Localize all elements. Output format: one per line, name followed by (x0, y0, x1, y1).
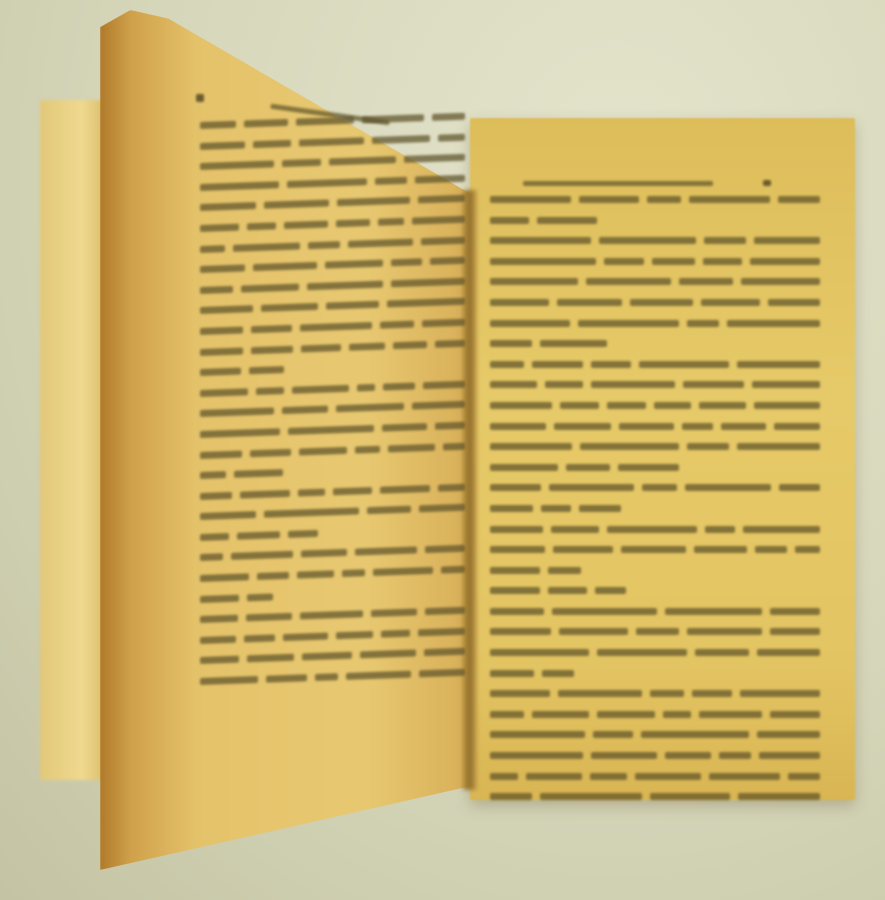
text-line (200, 257, 465, 273)
illegible-word (490, 464, 558, 471)
illegible-word (635, 773, 701, 780)
illegible-word (240, 490, 291, 499)
illegible-word (200, 305, 253, 314)
illegible-word (709, 773, 780, 780)
illegible-word (490, 526, 543, 533)
text-line (200, 154, 465, 170)
text-line (490, 526, 820, 533)
illegible-word (288, 425, 374, 435)
illegible-word (692, 690, 733, 697)
illegible-word (490, 423, 546, 430)
illegible-word (630, 299, 693, 306)
illegible-word (542, 670, 574, 677)
text-line (200, 380, 465, 396)
illegible-word (423, 380, 465, 388)
illegible-word (490, 690, 550, 697)
illegible-word (282, 159, 321, 167)
text-line (200, 360, 465, 376)
illegible-word (336, 219, 370, 227)
illegible-word (578, 320, 679, 327)
text-line (200, 545, 465, 561)
illegible-word (548, 567, 581, 574)
illegible-word (757, 731, 820, 738)
illegible-word (490, 258, 596, 265)
illegible-word (650, 690, 683, 697)
illegible-word (490, 628, 551, 635)
illegible-word (650, 793, 730, 800)
illegible-word (200, 408, 274, 418)
illegible-word (247, 222, 276, 230)
illegible-word (349, 342, 385, 350)
illegible-word (244, 119, 288, 128)
illegible-word (490, 299, 549, 306)
illegible-word (597, 649, 687, 656)
illegible-word (200, 347, 243, 356)
illegible-word (425, 545, 465, 553)
illegible-word (566, 464, 611, 471)
illegible-word (774, 423, 820, 430)
illegible-word (200, 368, 241, 376)
illegible-word (599, 237, 696, 244)
illegible-word (490, 484, 541, 491)
text-line (490, 381, 820, 388)
illegible-word (590, 773, 627, 780)
illegible-word (558, 690, 642, 697)
illegible-word (348, 238, 413, 247)
illegible-word (247, 593, 273, 601)
illegible-word (552, 608, 657, 615)
illegible-word (415, 175, 465, 184)
illegible-word (541, 505, 571, 512)
illegible-word (695, 649, 749, 656)
illegible-word (740, 690, 820, 697)
illegible-word (579, 196, 638, 203)
text-line (200, 607, 465, 623)
illegible-word (642, 484, 677, 491)
illegible-word (754, 237, 820, 244)
text-line (200, 401, 465, 417)
illegible-word (264, 200, 329, 209)
illegible-word (604, 258, 643, 265)
text-line (490, 217, 820, 224)
illegible-word (618, 464, 678, 471)
illegible-word (548, 587, 587, 594)
right-page-text (490, 196, 820, 814)
illegible-word (266, 674, 306, 682)
illegible-word (580, 443, 679, 450)
illegible-word (639, 361, 729, 368)
illegible-word (490, 587, 540, 594)
text-line (200, 442, 465, 458)
illegible-word (200, 265, 245, 274)
illegible-word (752, 381, 820, 388)
illegible-word (200, 492, 232, 500)
illegible-word (699, 402, 746, 409)
illegible-word (490, 752, 583, 759)
book-gutter (463, 190, 477, 790)
illegible-word (355, 547, 416, 556)
illegible-word (540, 340, 606, 347)
text-line (490, 711, 820, 718)
illegible-word (699, 711, 762, 718)
illegible-word (490, 608, 544, 615)
illegible-word (200, 471, 226, 479)
illegible-word (537, 217, 597, 224)
illegible-word (432, 113, 465, 121)
illegible-word (425, 607, 465, 615)
illegible-word (249, 366, 284, 374)
illegible-word (705, 526, 734, 533)
illegible-word (687, 320, 719, 327)
illegible-word (200, 554, 223, 562)
illegible-word (770, 608, 820, 615)
illegible-word (200, 450, 242, 458)
illegible-word (257, 572, 289, 580)
illegible-word (490, 196, 571, 203)
text-line (490, 464, 820, 471)
illegible-word (579, 505, 621, 512)
illegible-word (490, 320, 570, 327)
illegible-word (553, 546, 613, 553)
text-line (200, 175, 465, 191)
illegible-word (287, 178, 367, 188)
illegible-word (233, 242, 300, 251)
illegible-word (325, 260, 383, 269)
illegible-word (665, 752, 711, 759)
illegible-word (490, 793, 532, 800)
illegible-word (346, 671, 411, 680)
book-back-cover (40, 100, 110, 780)
illegible-word (586, 278, 672, 285)
text-line (490, 423, 820, 430)
illegible-word (738, 793, 820, 800)
illegible-word (636, 628, 680, 635)
illegible-word (559, 628, 628, 635)
illegible-word (607, 402, 646, 409)
text-line (200, 648, 465, 664)
illegible-word (490, 546, 545, 553)
illegible-word (383, 382, 415, 390)
illegible-word (261, 303, 318, 312)
illegible-word (284, 221, 327, 230)
illegible-word (231, 551, 293, 560)
illegible-word (256, 387, 285, 395)
text-line (200, 339, 465, 355)
illegible-word (200, 636, 236, 644)
text-line (200, 216, 465, 232)
text-line (490, 237, 820, 244)
illegible-word (490, 567, 540, 574)
illegible-word (652, 258, 696, 265)
illegible-word (663, 711, 691, 718)
text-line (200, 525, 465, 541)
illegible-word (607, 526, 697, 533)
illegible-word (296, 117, 354, 126)
right-page-number (763, 180, 771, 186)
illegible-word (301, 549, 347, 558)
illegible-word (251, 345, 293, 353)
illegible-word (435, 422, 465, 430)
illegible-word (532, 711, 589, 718)
photo-scene (0, 0, 885, 900)
right-running-header (523, 181, 713, 186)
text-line (200, 669, 465, 685)
illegible-word (540, 793, 642, 800)
text-line (200, 236, 465, 252)
illegible-word (393, 341, 426, 349)
illegible-word (422, 319, 465, 328)
illegible-word (526, 773, 581, 780)
illegible-word (545, 381, 583, 388)
illegible-word (490, 443, 572, 450)
illegible-word (336, 403, 404, 412)
illegible-word (770, 628, 820, 635)
illegible-word (282, 406, 328, 415)
illegible-word (372, 135, 430, 144)
left-page-number (196, 94, 204, 102)
illegible-word (490, 711, 524, 718)
illegible-word (298, 488, 324, 496)
illegible-word (757, 649, 820, 656)
illegible-word (621, 546, 687, 553)
illegible-word (419, 504, 465, 513)
illegible-word (721, 423, 766, 430)
illegible-word (382, 423, 427, 432)
illegible-word (685, 484, 771, 491)
illegible-word (430, 257, 465, 265)
illegible-word (308, 241, 341, 249)
illegible-word (438, 483, 465, 491)
illegible-word (412, 401, 465, 410)
illegible-word (355, 445, 380, 453)
illegible-word (424, 648, 465, 656)
illegible-word (768, 299, 820, 306)
illegible-word (297, 570, 333, 578)
illegible-word (665, 608, 762, 615)
text-line (200, 133, 465, 149)
text-line (490, 340, 820, 347)
text-line (490, 752, 820, 759)
illegible-word (683, 381, 744, 388)
illegible-word (554, 423, 612, 430)
illegible-word (549, 484, 634, 491)
illegible-word (560, 402, 599, 409)
illegible-word (381, 629, 411, 637)
illegible-word (299, 446, 347, 455)
illegible-word (300, 611, 363, 620)
text-line (200, 483, 465, 499)
illegible-word (682, 423, 713, 430)
text-line (490, 546, 820, 553)
illegible-word (200, 428, 280, 438)
illegible-word (299, 137, 364, 146)
illegible-word (438, 133, 465, 141)
illegible-word (380, 485, 430, 494)
illegible-word (741, 278, 820, 285)
illegible-word (200, 326, 243, 334)
illegible-word (326, 301, 379, 310)
illegible-word (654, 402, 691, 409)
illegible-word (591, 361, 631, 368)
illegible-word (754, 402, 820, 409)
illegible-word (593, 731, 633, 738)
illegible-word (419, 669, 465, 678)
illegible-word (490, 278, 578, 285)
illegible-word (200, 573, 249, 582)
illegible-word (200, 676, 258, 685)
illegible-word (490, 649, 589, 656)
illegible-word (727, 320, 820, 327)
illegible-word (788, 773, 820, 780)
illegible-word (557, 299, 623, 306)
text-line (200, 566, 465, 582)
illegible-word (234, 469, 283, 478)
illegible-word (200, 615, 238, 623)
left-page-text (200, 113, 465, 699)
text-line (490, 690, 820, 697)
illegible-word (200, 121, 236, 129)
illegible-word (778, 196, 820, 203)
illegible-word (694, 546, 747, 553)
illegible-word (795, 546, 820, 553)
illegible-word (288, 530, 318, 538)
illegible-word (421, 236, 465, 245)
illegible-word (551, 526, 599, 533)
illegible-word (253, 139, 291, 147)
illegible-word (759, 752, 820, 759)
text-line (200, 319, 465, 335)
illegible-word (300, 322, 372, 332)
illegible-word (391, 277, 465, 287)
text-line (490, 443, 820, 450)
text-line (490, 649, 820, 656)
illegible-word (329, 156, 395, 165)
illegible-word (200, 181, 279, 191)
illegible-word (591, 752, 657, 759)
illegible-word (490, 340, 532, 347)
text-line (490, 731, 820, 738)
illegible-word (701, 299, 760, 306)
illegible-word (743, 526, 820, 533)
illegible-word (689, 196, 770, 203)
illegible-word (362, 114, 424, 123)
text-line (490, 628, 820, 635)
illegible-word (237, 531, 280, 540)
text-line (490, 484, 820, 491)
text-line (490, 670, 820, 677)
illegible-word (490, 731, 585, 738)
illegible-word (200, 533, 229, 541)
text-line (490, 299, 820, 306)
illegible-word (307, 280, 383, 290)
illegible-word (253, 262, 317, 271)
illegible-word (641, 731, 749, 738)
illegible-word (337, 197, 410, 207)
illegible-word (373, 567, 433, 576)
illegible-word (200, 245, 225, 253)
illegible-word (251, 325, 292, 333)
illegible-word (360, 650, 416, 659)
illegible-word (532, 361, 583, 368)
illegible-word (375, 177, 407, 185)
illegible-word (283, 632, 328, 641)
illegible-word (250, 448, 291, 456)
illegible-word (679, 278, 733, 285)
text-line (490, 402, 820, 409)
illegible-word (490, 505, 533, 512)
text-line (200, 628, 465, 644)
illegible-word (200, 656, 239, 664)
illegible-word (200, 511, 256, 520)
text-line (200, 504, 465, 520)
text-line (200, 586, 465, 602)
illegible-word (595, 587, 627, 594)
text-line (490, 567, 820, 574)
illegible-word (770, 711, 820, 718)
illegible-word (435, 339, 465, 347)
illegible-word (241, 283, 299, 292)
text-line (490, 773, 820, 780)
illegible-word (418, 195, 465, 204)
text-line (490, 196, 820, 203)
text-line (490, 361, 820, 368)
illegible-word (264, 508, 359, 518)
illegible-word (200, 224, 239, 232)
illegible-word (619, 423, 674, 430)
illegible-word (490, 217, 529, 224)
illegible-word (378, 218, 404, 226)
illegible-word (412, 216, 465, 225)
illegible-word (418, 628, 465, 637)
illegible-word (342, 569, 365, 577)
illegible-word (387, 298, 465, 308)
illegible-word (704, 237, 746, 244)
text-line (200, 195, 465, 211)
illegible-word (200, 202, 256, 211)
text-line (200, 422, 465, 438)
illegible-word (687, 628, 762, 635)
illegible-word (750, 258, 820, 265)
illegible-word (371, 609, 416, 618)
illegible-word (703, 258, 742, 265)
illegible-word (719, 752, 751, 759)
illegible-word (490, 773, 518, 780)
illegible-word (292, 385, 349, 394)
illegible-word (200, 594, 239, 602)
illegible-word (737, 443, 820, 450)
illegible-word (380, 320, 414, 328)
illegible-word (490, 361, 524, 368)
illegible-word (490, 402, 552, 409)
illegible-word (357, 384, 375, 392)
illegible-word (200, 388, 248, 397)
illegible-word (490, 237, 591, 244)
text-line (490, 320, 820, 327)
illegible-word (647, 196, 681, 203)
text-line (490, 258, 820, 265)
text-line (200, 463, 465, 479)
illegible-word (247, 654, 294, 663)
illegible-word (200, 286, 233, 294)
text-line (490, 278, 820, 285)
text-line (200, 277, 465, 293)
illegible-word (301, 344, 341, 352)
text-line (490, 608, 820, 615)
illegible-word (490, 670, 534, 677)
illegible-word (315, 673, 338, 681)
illegible-word (200, 161, 274, 171)
text-line (490, 587, 820, 594)
